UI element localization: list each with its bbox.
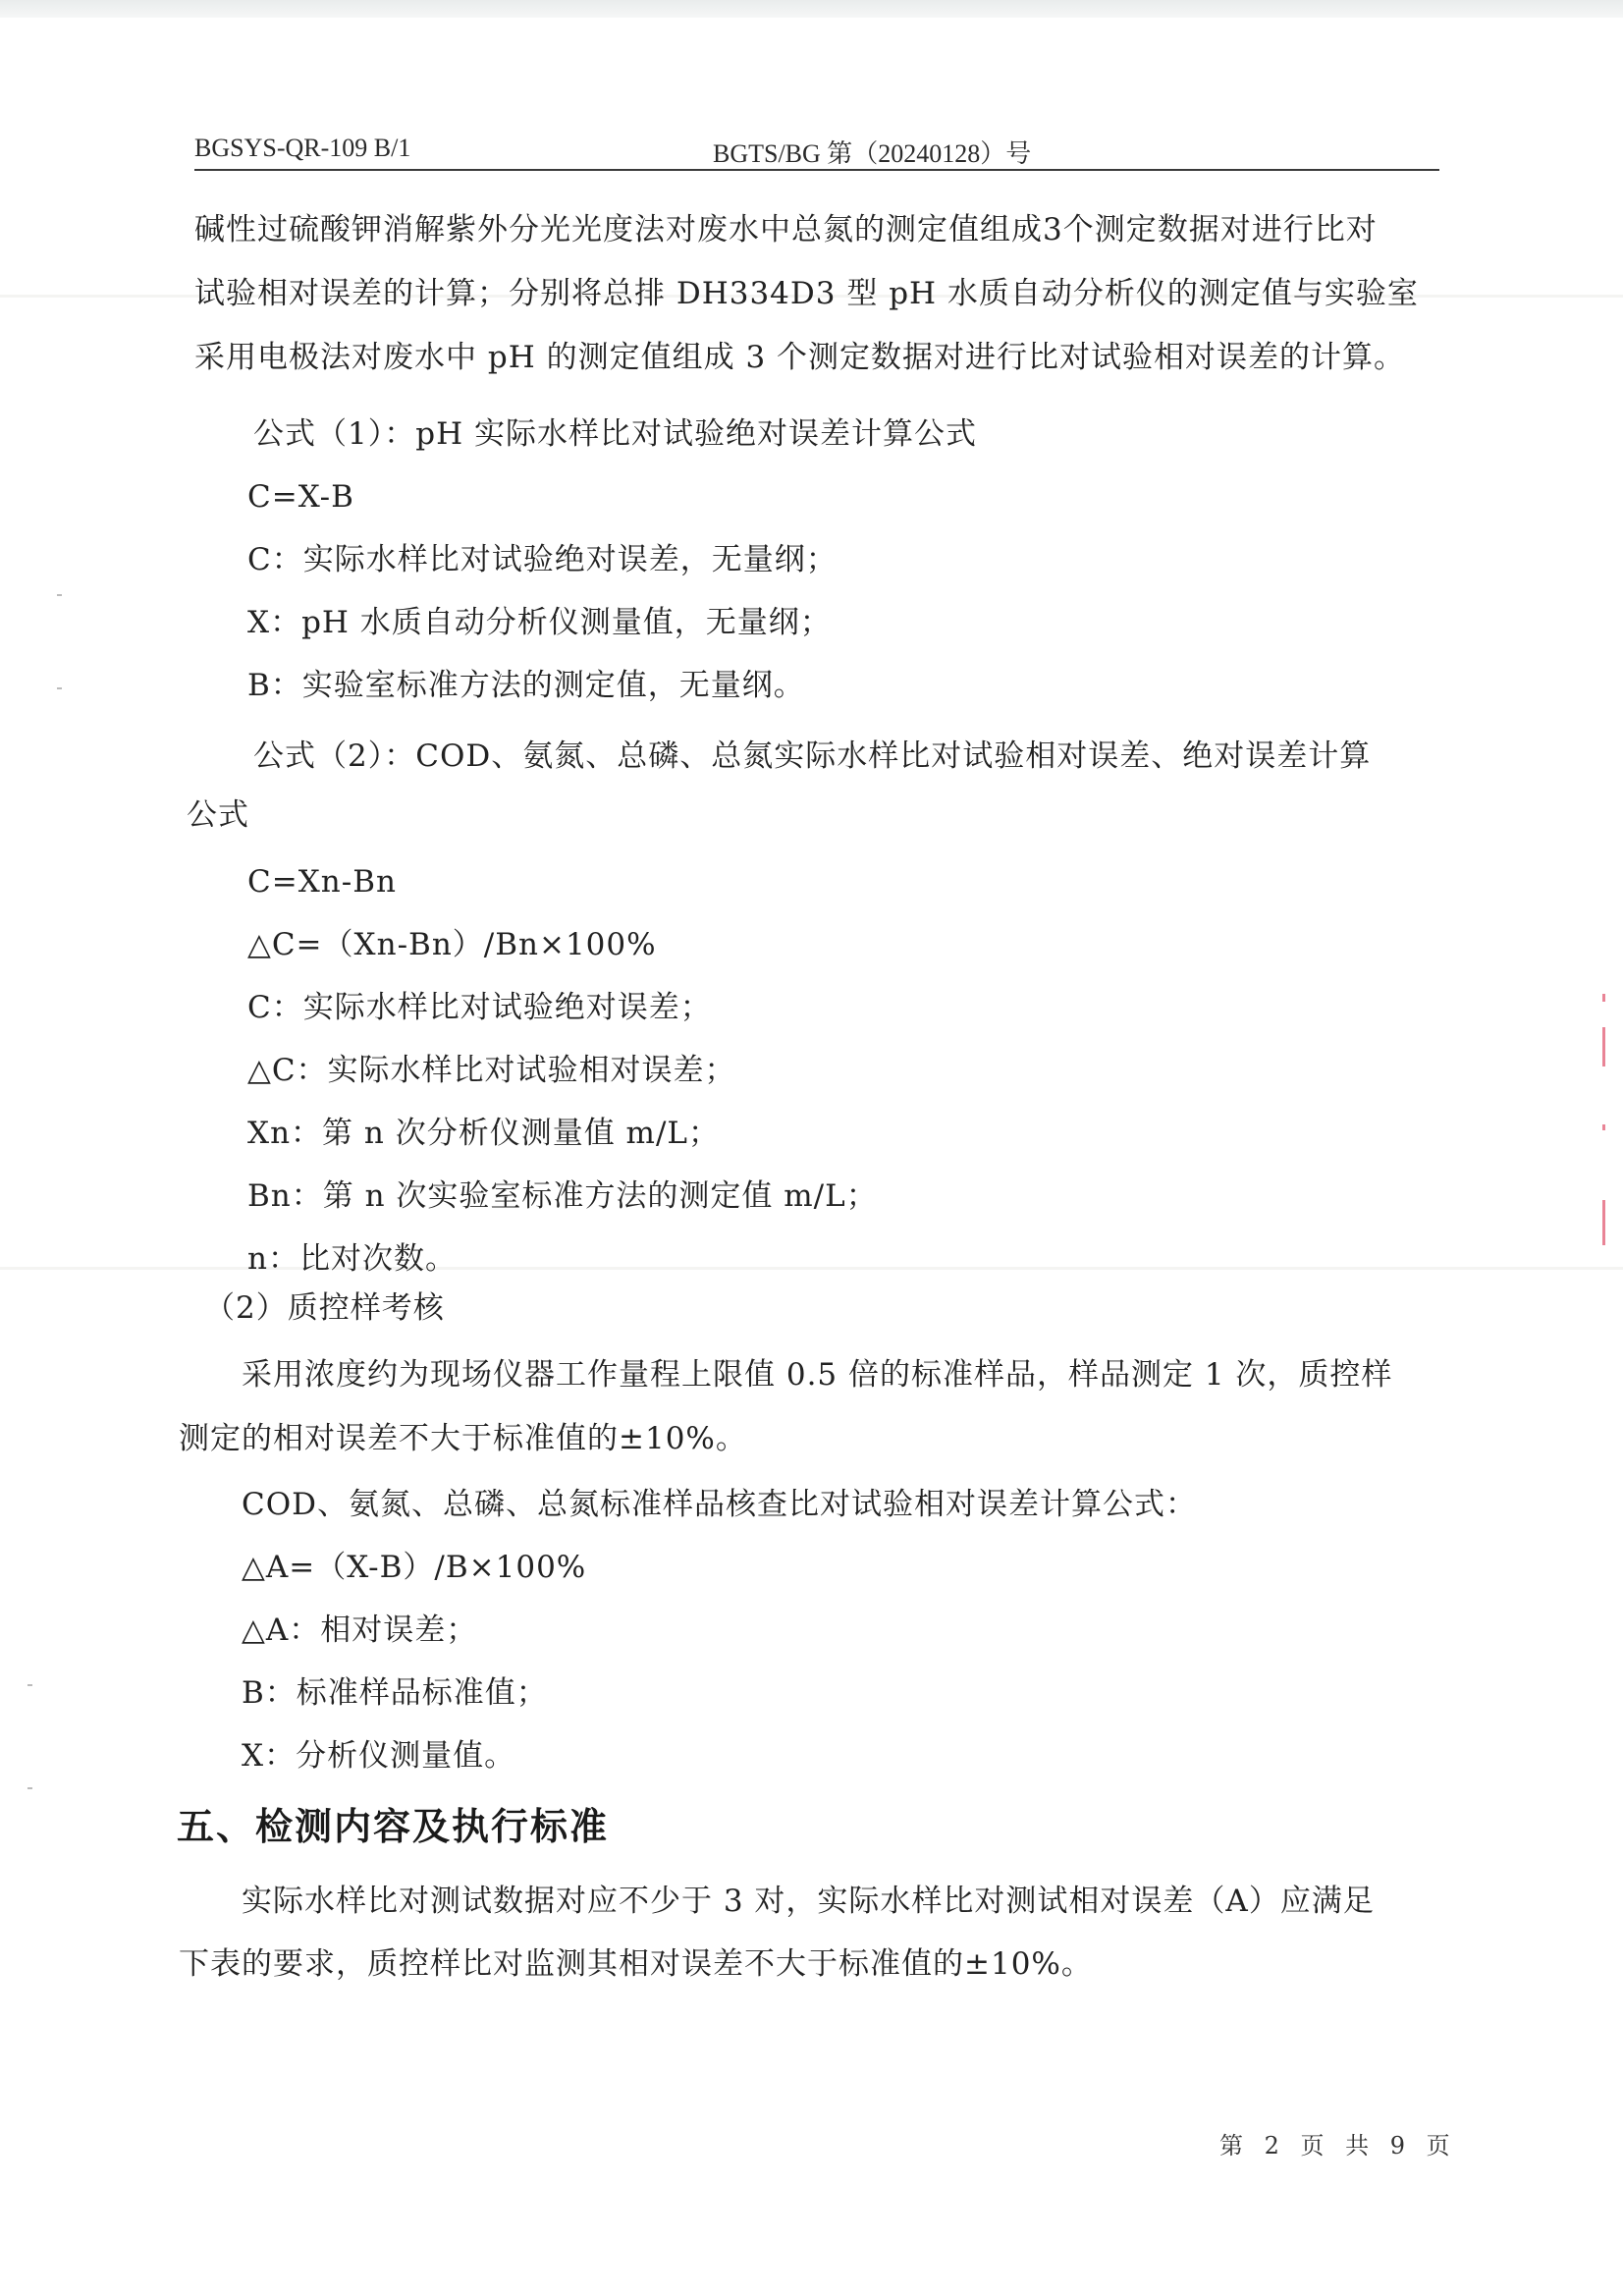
definition-line: C：实际水样比对试验绝对误差； bbox=[247, 988, 712, 1027]
seal-fragment bbox=[1602, 1124, 1605, 1130]
scan-speck bbox=[27, 1787, 32, 1789]
scan-speck bbox=[27, 1684, 32, 1686]
seal-fragment bbox=[1602, 994, 1605, 1002]
report-number: BGTS/BG 第（20240128）号 bbox=[713, 134, 1031, 170]
scan-artifact bbox=[0, 1267, 1623, 1270]
paragraph-line: 采用浓度约为现场仪器工作量程上限值 0.5 倍的标准样品，样品测定 1 次，质控… bbox=[242, 1355, 1392, 1394]
formula2-equation: △C=（Xn-Bn）/Bn×100% bbox=[247, 925, 657, 964]
definition-line: C：实际水样比对试验绝对误差，无量纲； bbox=[247, 540, 838, 579]
definition-line: n：比对次数。 bbox=[247, 1239, 457, 1279]
definition-line: Bn：第 n 次实验室标准方法的测定值 m/L； bbox=[247, 1176, 878, 1216]
section-heading: 五、检测内容及执行标准 bbox=[177, 1803, 609, 1850]
definition-line: △C：实际水样比对试验相对误差； bbox=[247, 1051, 736, 1090]
formula2-title-cont: 公式 bbox=[187, 795, 249, 835]
formula1-title: 公式（1）：pH 实际水样比对试验绝对误差计算公式 bbox=[253, 414, 977, 454]
scan-edge bbox=[0, 0, 1623, 18]
qc-equation: △A=（X-B）/B×100% bbox=[242, 1548, 586, 1587]
paragraph-line: 测定的相对误差不大于标准值的±10%。 bbox=[179, 1419, 747, 1458]
definition-line: B：标准样品标准值； bbox=[242, 1673, 548, 1713]
header-divider bbox=[194, 169, 1439, 171]
paragraph-line: 下表的要求，质控样比对监测其相对误差不大于标准值的±10%。 bbox=[179, 1944, 1093, 1984]
definition-line: X：pH 水质自动分析仪测量值，无量纲； bbox=[247, 603, 832, 642]
seal-fragment bbox=[1602, 1027, 1605, 1066]
seal-fragment bbox=[1602, 1200, 1605, 1245]
paragraph-line: 试验相对误差的计算；分别将总排 DH334D3 型 pH 水质自动分析仪的测定值… bbox=[194, 274, 1419, 313]
formula1-equation: C=X-B bbox=[247, 477, 354, 517]
qc-section-title: （2）质控样考核 bbox=[204, 1288, 445, 1328]
definition-line: △A：相对误差； bbox=[242, 1611, 477, 1650]
page-header: BGSYS-QR-109 B/1 BGTS/BG 第（20240128）号 bbox=[194, 134, 1439, 171]
formula2-title: 公式（2）：COD、氨氮、总磷、总氮实际水样比对试验相对误差、绝对误差计算 bbox=[253, 737, 1371, 776]
formula2-equation: C=Xn-Bn bbox=[247, 862, 397, 902]
paragraph-line: 实际水样比对测试数据对应不少于 3 对，实际水样比对测试相对误差（A）应满足 bbox=[242, 1882, 1375, 1921]
page-indicator: 第 2 页 共 9 页 bbox=[1219, 2126, 1454, 2160]
definition-line: X：分析仪测量值。 bbox=[242, 1736, 515, 1776]
form-code: BGSYS-QR-109 B/1 bbox=[194, 134, 410, 163]
definition-line: B：实验室标准方法的测定值，无量纲。 bbox=[247, 666, 805, 705]
scan-speck bbox=[57, 687, 62, 689]
qc-formula-intro: COD、氨氮、总磷、总氮标准样品核查比对试验相对误差计算公式： bbox=[242, 1485, 1197, 1524]
scan-speck bbox=[57, 594, 62, 596]
paragraph-line: 采用电极法对废水中 pH 的测定值组成 3 个测定数据对进行比对试验相对误差的计… bbox=[194, 338, 1405, 377]
definition-line: Xn：第 n 次分析仪测量值 m/L； bbox=[247, 1114, 720, 1153]
paragraph-line: 碱性过硫酸钾消解紫外分光光度法对废水中总氮的测定值组成3个测定数据对进行比对 bbox=[194, 210, 1378, 249]
